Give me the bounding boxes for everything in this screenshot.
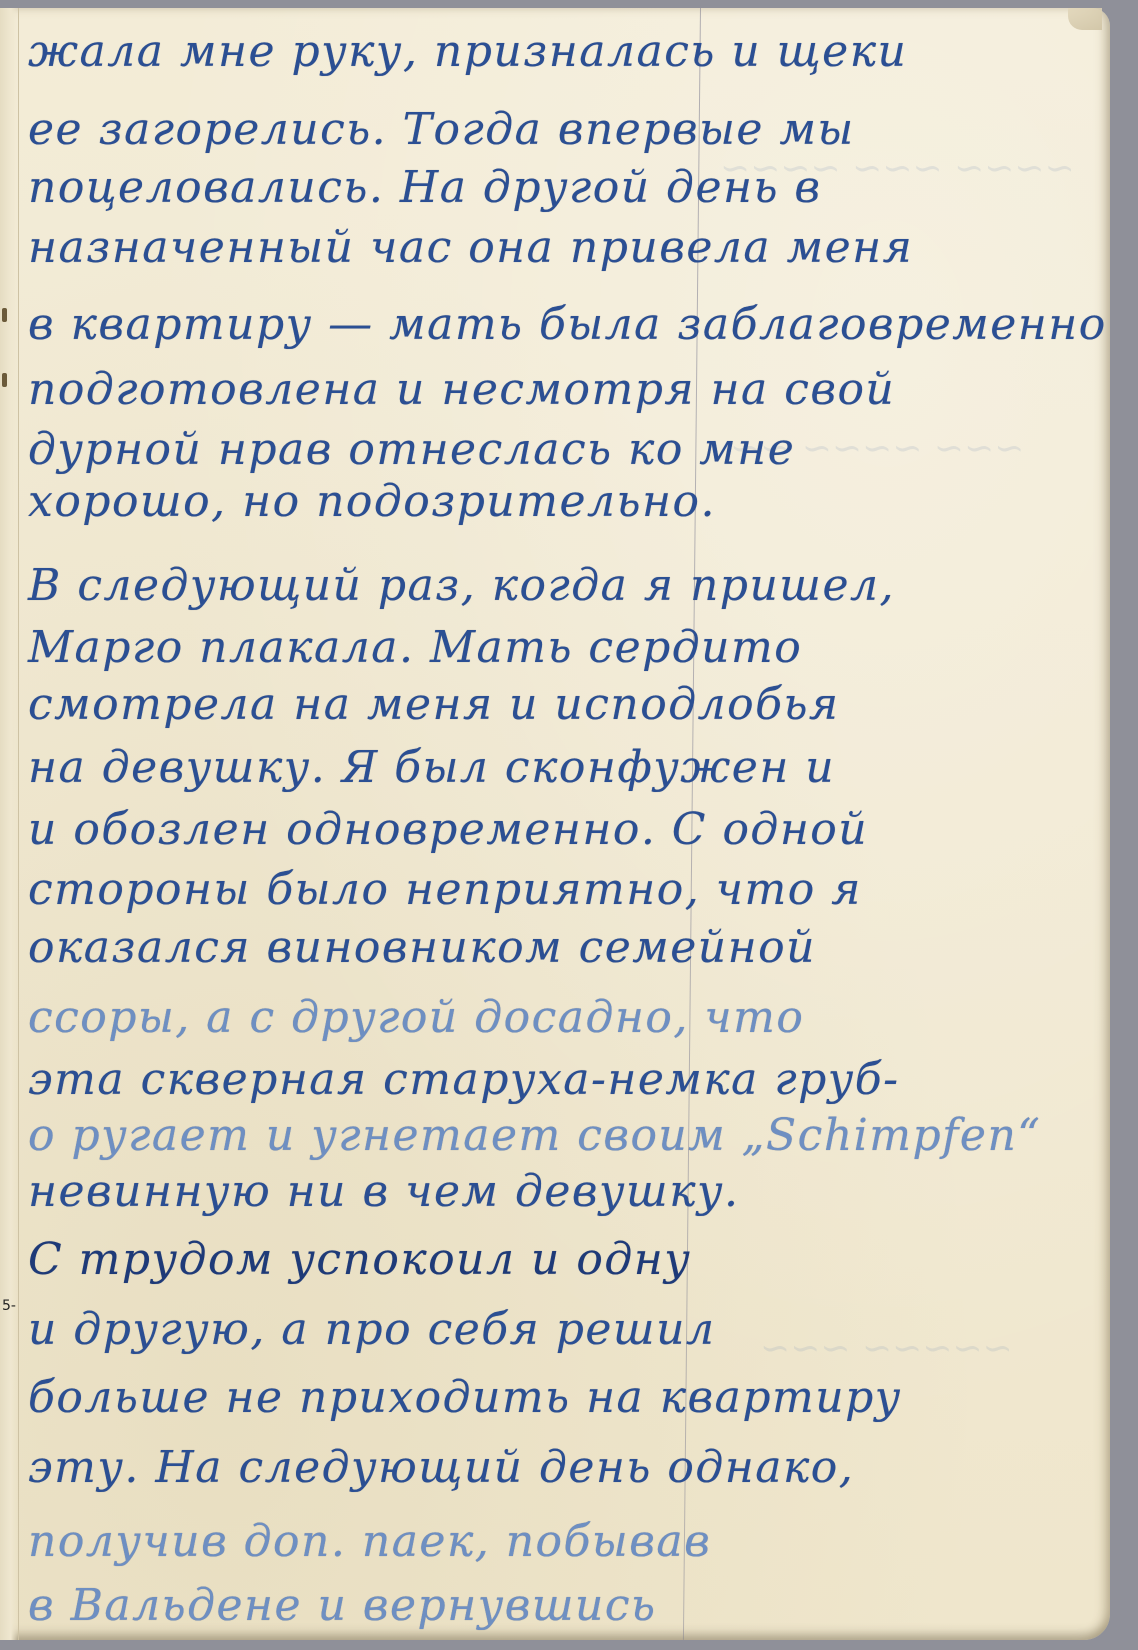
text-line: хорошо, но подозрительно. xyxy=(28,480,716,524)
text-line: ссоры, а с другой досадно, что xyxy=(28,996,804,1040)
text-line: эту. На следующий день однако, xyxy=(28,1446,854,1490)
scanned-page-view: ~~~~ ~~~ ~~~~ ~~~ ~~~~ ~~ ~~~~~ ~~~ 5- ж… xyxy=(0,0,1138,1650)
text-line: на девушку. Я был сконфужен и xyxy=(28,746,835,790)
text-line: подготовлена и несмотря на свой xyxy=(28,368,895,412)
text-line: стороны было неприятно, что я xyxy=(28,868,862,912)
text-line: жала мне руку, призналась и щеки xyxy=(28,30,907,74)
text-line: назначенный час она привела меня xyxy=(28,226,913,270)
text-line: Марго плакала. Мать сердито xyxy=(28,626,802,670)
text-line: больше не приходить на квартиру xyxy=(28,1376,902,1420)
binding-staple xyxy=(2,373,7,387)
text-line: В следующий раз, когда я пришел, xyxy=(28,564,895,608)
margin-mark: 5- xyxy=(2,1298,16,1314)
handwritten-text: жала мне руку, призналась и щеки ее заго… xyxy=(28,8,1088,1640)
text-line: в Вальдене и вернувшись xyxy=(28,1584,656,1628)
text-line: оказался виновником семейной xyxy=(28,926,816,970)
text-line: дурной нрав отнеслась ко мне xyxy=(28,428,795,472)
text-line: o ругает и угнетает своим „Schimpfen“ xyxy=(28,1114,1041,1158)
text-line: в квартиру — мать была заблаговременно xyxy=(28,303,1107,347)
text-line: эта скверная старуха-немка груб- xyxy=(28,1058,900,1102)
binding-staple xyxy=(2,308,7,322)
text-line: и обозлен одновременно. С одной xyxy=(28,808,868,852)
text-line: ее загорелись. Тогда впервые мы xyxy=(28,108,855,152)
text-line: поцеловались. На другой день в xyxy=(28,166,822,210)
text-line: невинную ни в чем девушку. xyxy=(28,1170,739,1214)
notebook-page: ~~~~ ~~~ ~~~~ ~~~ ~~~~ ~~ ~~~~~ ~~~ 5- ж… xyxy=(0,8,1110,1640)
binding-edge xyxy=(0,8,19,1640)
text-line: С трудом успокоил и одну xyxy=(28,1238,691,1282)
text-line: получив доп. паек, побывав xyxy=(28,1520,711,1564)
text-line: и другую, а про себя решил xyxy=(28,1308,715,1352)
text-line: смотрела на меня и исподлобья xyxy=(28,683,840,727)
